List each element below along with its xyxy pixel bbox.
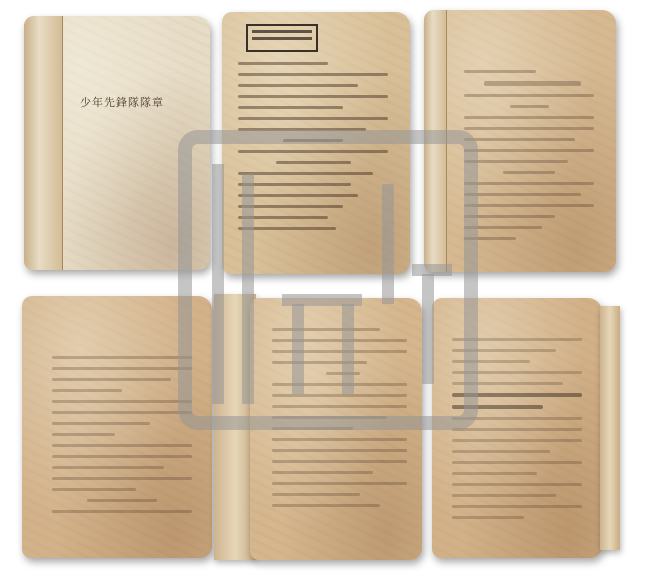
text-block [238,62,388,238]
last-page [432,298,602,558]
text-block [452,338,582,527]
text-block [272,328,407,515]
torn-binding-edge [24,16,63,270]
ink-stamp [246,24,318,52]
spread-left-page [22,296,212,558]
cover-page: 少年先鋒隊隊章 [24,16,210,270]
stamped-page [222,12,410,274]
text-block [464,70,594,248]
title-page [424,10,616,272]
torn-binding-edge [424,10,447,272]
cover-title: 少年先鋒隊隊章 [80,94,164,110]
spread-right-page [250,298,422,560]
book-edge [600,306,620,550]
text-block [52,356,192,521]
